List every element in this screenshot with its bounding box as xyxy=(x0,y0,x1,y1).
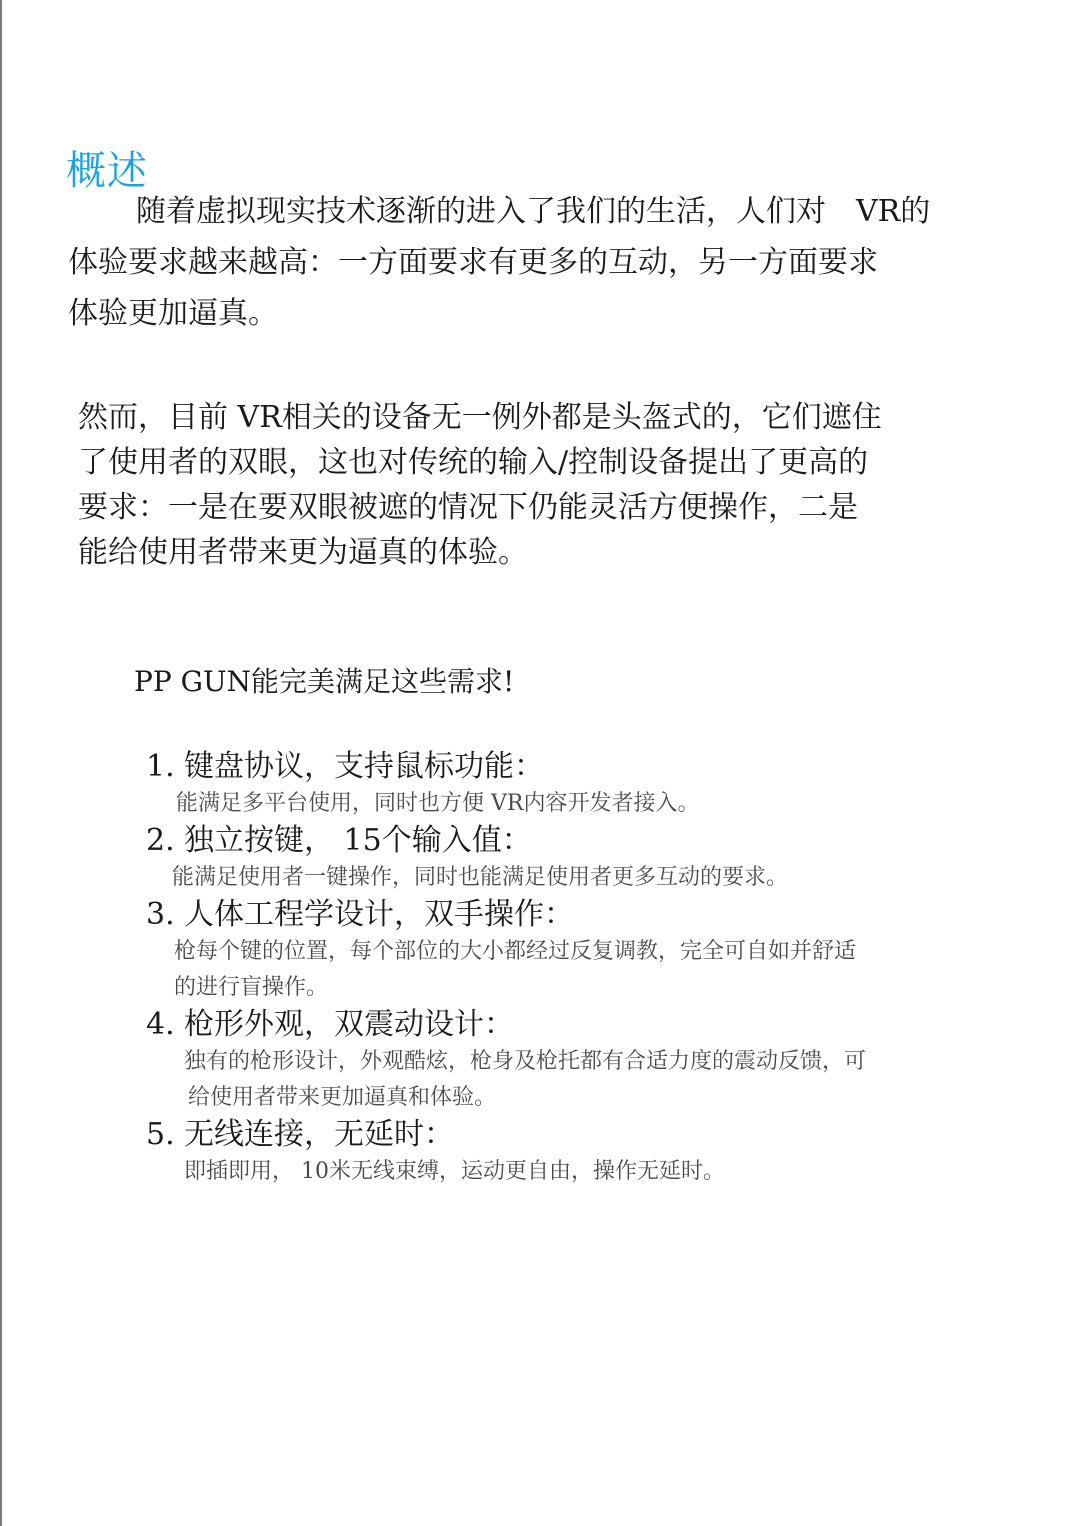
feature-description: 枪每个键的位置，每个部位的大小都经过反复调教，完全可自如并舒适 的进行盲操作。 xyxy=(146,934,1026,1006)
feature-description: 能满足多平台使用，同时也方便 VR内容开发者接入。 xyxy=(146,786,1026,822)
feature-list: 1.键盘协议，支持鼠标功能： 能满足多平台使用，同时也方便 VR内容开发者接入。… xyxy=(146,748,1026,1190)
product-intro: PP GUN能完美满足这些需求! xyxy=(134,660,514,700)
feature-description: 即插即用， 10米无线束缚，运动更自由，操作无延时。 xyxy=(146,1154,1026,1190)
feature-number: 5. xyxy=(146,1116,184,1154)
feature-heading-text: 键盘协议，支持鼠标功能： xyxy=(184,749,544,784)
description-line: 给使用者带来更加逼真和体验。 xyxy=(184,1080,1026,1116)
description-line: 的进行盲操作。 xyxy=(174,970,1026,1006)
feature-heading-text: 独立按键， 15个输入值： xyxy=(184,823,532,858)
page-left-border xyxy=(0,0,2,1526)
feature-number: 3. xyxy=(146,896,184,934)
feature-number: 2. xyxy=(146,822,184,860)
feature-item: 3.人体工程学设计，双手操作： 枪每个键的位置，每个部位的大小都经过反复调教，完… xyxy=(146,896,1026,1006)
feature-heading: 3.人体工程学设计，双手操作： xyxy=(146,896,1026,934)
feature-heading-text: 人体工程学设计，双手操作： xyxy=(184,897,574,932)
feature-description: 独有的枪形设计，外观酷炫，枪身及枪托都有合适力度的震动反馈，可 给使用者带来更加… xyxy=(146,1044,1026,1116)
feature-number: 4. xyxy=(146,1006,184,1044)
feature-heading-text: 枪形外观，双震动设计： xyxy=(184,1007,514,1042)
description-line: 独有的枪形设计，外观酷炫，枪身及枪托都有合适力度的震动反馈，可 xyxy=(184,1044,1026,1080)
paragraph-line: 能给使用者带来更为逼真的体验。 xyxy=(78,530,1018,575)
paragraph-line: 然而，目前 VR相关的设备无一例外都是头盔式的，它们遮住 xyxy=(78,395,1018,440)
feature-item: 4.枪形外观，双震动设计： 独有的枪形设计，外观酷炫，枪身及枪托都有合适力度的震… xyxy=(146,1006,1026,1116)
paragraph-line: 了使用者的双眼，这也对传统的输入/控制设备提出了更高的 xyxy=(78,440,1018,485)
paragraph-line: 体验要求越来越高：一方面要求有更多的互动，另一方面要求 xyxy=(68,237,1028,288)
paragraph-line: 随着虚拟现实技术逐渐的进入了我们的生活，人们对 VR的 xyxy=(68,186,1028,237)
feature-heading: 4.枪形外观，双震动设计： xyxy=(146,1006,1026,1044)
feature-description: 能满足使用者一键操作，同时也能满足使用者更多互动的要求。 xyxy=(146,860,1026,896)
feature-heading: 2.独立按键， 15个输入值： xyxy=(146,822,1026,860)
feature-item: 5.无线连接，无延时： 即插即用， 10米无线束缚，运动更自由，操作无延时。 xyxy=(146,1116,1026,1190)
description-line: 枪每个键的位置，每个部位的大小都经过反复调教，完全可自如并舒适 xyxy=(174,934,1026,970)
feature-heading: 1.键盘协议，支持鼠标功能： xyxy=(146,748,1026,786)
feature-item: 2.独立按键， 15个输入值： 能满足使用者一键操作，同时也能满足使用者更多互动… xyxy=(146,822,1026,896)
description-line: 能满足多平台使用，同时也方便 VR内容开发者接入。 xyxy=(176,786,1026,822)
feature-number: 1. xyxy=(146,748,184,786)
description-line: 即插即用， 10米无线束缚，运动更自由，操作无延时。 xyxy=(184,1154,1026,1190)
overview-paragraph-1: 随着虚拟现实技术逐渐的进入了我们的生活，人们对 VR的 体验要求越来越高：一方面… xyxy=(68,186,1028,339)
feature-heading-text: 无线连接，无延时： xyxy=(184,1117,454,1152)
feature-heading: 5.无线连接，无延时： xyxy=(146,1116,1026,1154)
feature-item: 1.键盘协议，支持鼠标功能： 能满足多平台使用，同时也方便 VR内容开发者接入。 xyxy=(146,748,1026,822)
paragraph-line: 要求：一是在要双眼被遮的情况下仍能灵活方便操作，二是 xyxy=(78,485,1018,530)
description-line: 能满足使用者一键操作，同时也能满足使用者更多互动的要求。 xyxy=(172,860,1026,896)
overview-paragraph-2: 然而，目前 VR相关的设备无一例外都是头盔式的，它们遮住 了使用者的双眼，这也对… xyxy=(78,395,1018,575)
paragraph-line: 体验更加逼真。 xyxy=(68,288,1028,339)
